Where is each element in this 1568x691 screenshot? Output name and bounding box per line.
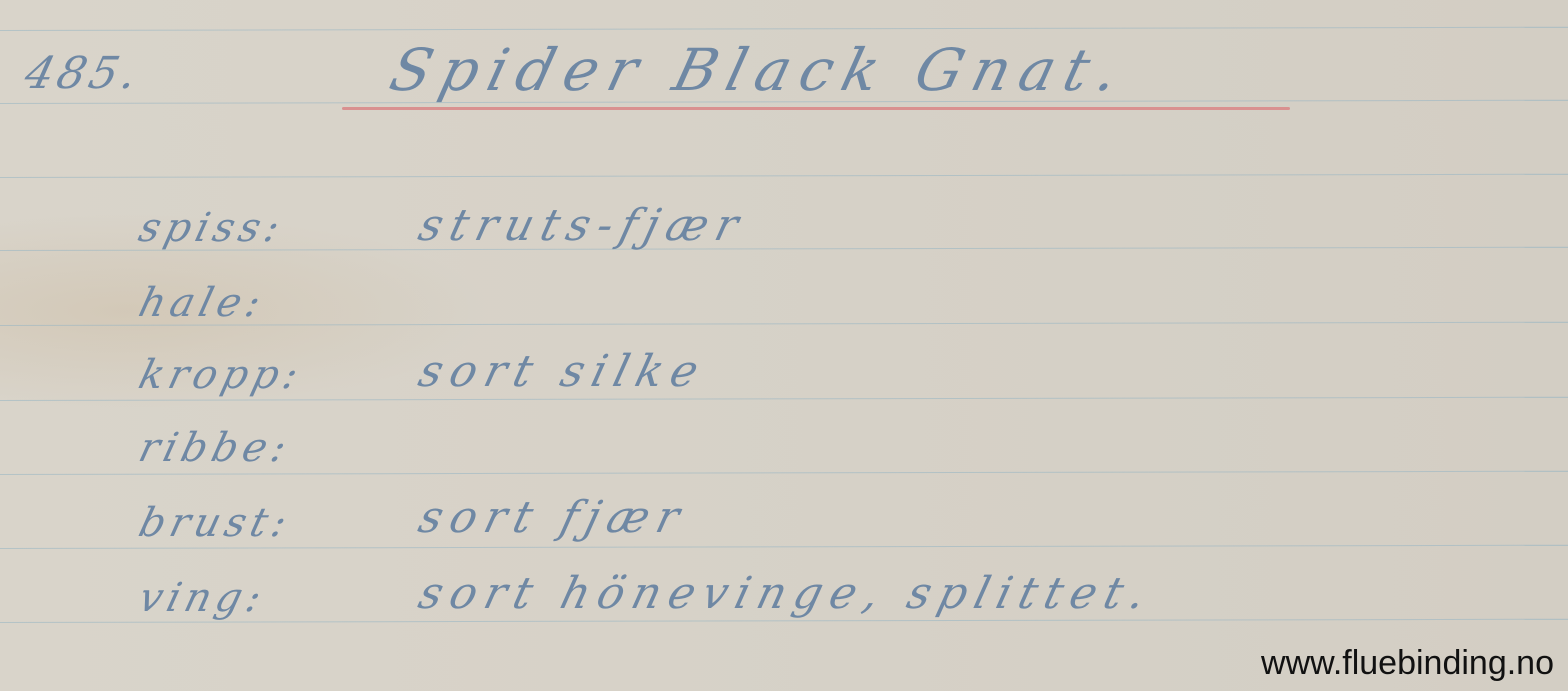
field-label-ving: ving:	[134, 575, 271, 621]
watermark-url: www.fluebinding.no	[1261, 644, 1554, 683]
field-value-spiss: struts-fjær	[414, 200, 752, 251]
fly-title: Spider Black Gnat.	[384, 36, 1136, 104]
notebook-page: 485. Spider Black Gnat. spiss: struts-fj…	[0, 0, 1568, 691]
field-value-brust: sort fjær	[414, 492, 693, 543]
field-label-ribbe: ribbe:	[134, 425, 296, 471]
field-value-kropp: sort silke	[414, 346, 712, 397]
ruled-line	[0, 27, 1568, 31]
entry-number: 485.	[20, 48, 147, 99]
field-label-brust: brust:	[134, 500, 296, 546]
title-underline	[342, 107, 1290, 110]
field-value-ving: sort hönevinge, splittet.	[414, 568, 1159, 619]
field-label-kropp: kropp:	[134, 352, 308, 398]
field-label-hale: hale:	[134, 280, 270, 326]
ruled-line	[0, 471, 1568, 475]
field-label-spiss: spiss:	[134, 205, 289, 251]
ruled-line	[0, 174, 1568, 178]
